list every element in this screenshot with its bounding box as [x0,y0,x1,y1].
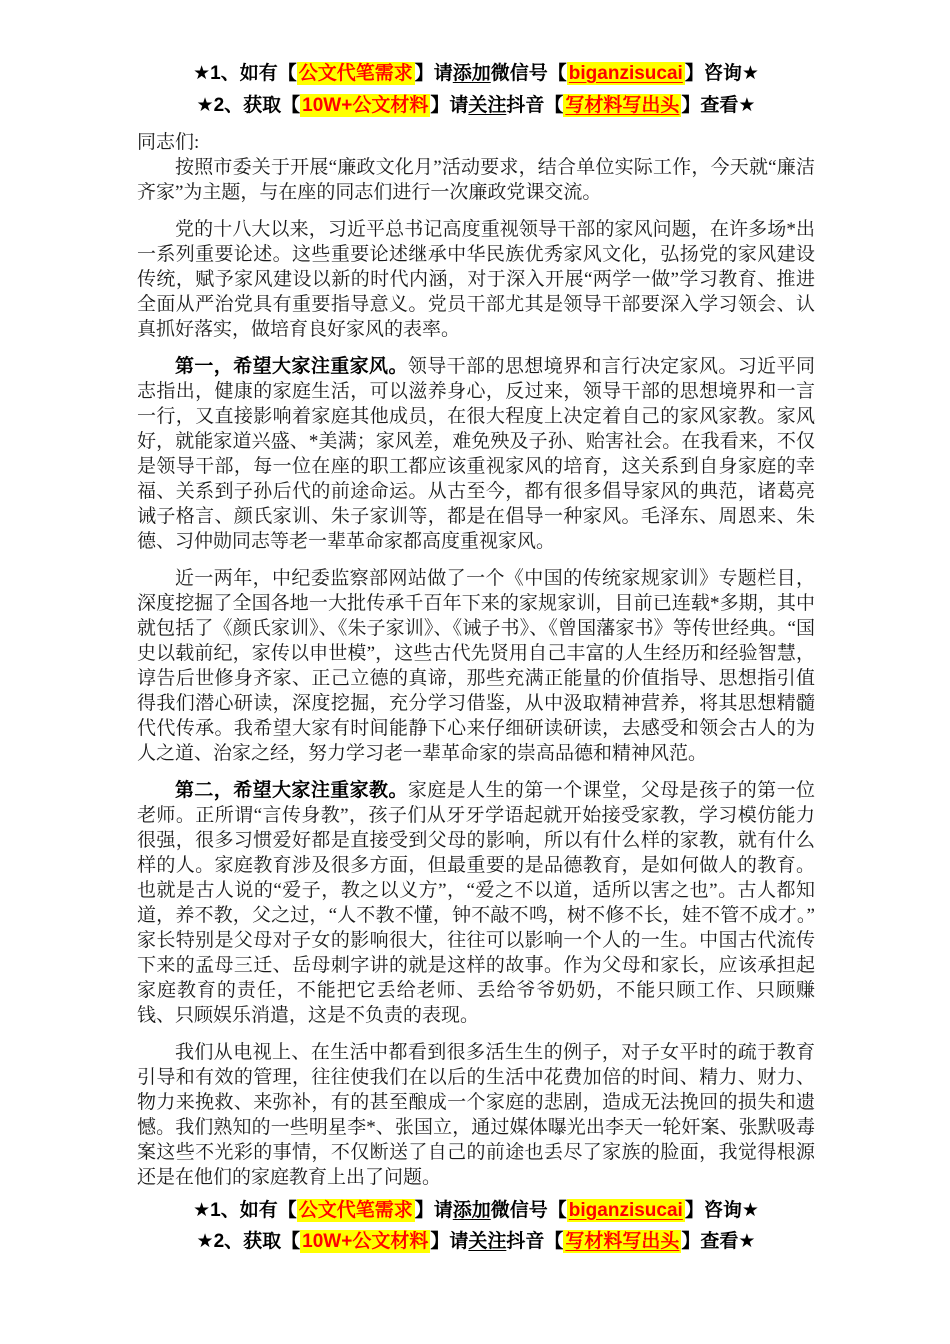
banner1-highlight-service: 公文代笔需求 [297,62,415,85]
paragraph-text: 我们从电视上、在生活中都看到很多活生生的例子，对子女平时的疏于教育引导和有效的管… [137,1042,815,1188]
banner1-suffix: 】咨询★ [685,1200,759,1221]
salutation: 同志们: [137,130,815,155]
banner2-underline-follow: 关注 [468,1231,506,1252]
paragraph-family-rules: 近一两年，中纪委监察部网站做了一个《中国的传统家规家训》专题栏目，深度挖掘了全国… [137,566,815,766]
banner1-highlight-wechat-id: biganzisucai [567,1199,685,1222]
banner1-prefix: ★1、如有【 [193,1200,297,1221]
header-banner-line-1: ★1、如有【公文代笔需求】请添加微信号【biganzisucai】咨询★ [137,58,815,90]
banner2-mid1: 】请 [430,95,468,116]
banner1-mid2: 微信号【 [491,1200,567,1221]
banner1-highlight-service: 公文代笔需求 [297,1199,415,1222]
paragraph-examples: 我们从电视上、在生活中都看到很多活生生的例子，对子女平时的疏于教育引导和有效的管… [137,1040,815,1190]
banner2-mid2: 抖音【 [506,1231,563,1252]
header-banner: ★1、如有【公文代笔需求】请添加微信号【biganzisucai】咨询★ ★2、… [137,58,815,122]
banner2-suffix: 】查看★ [681,1231,755,1252]
paragraph-text: 近一两年，中纪委监察部网站做了一个《中国的传统家规家训》专题栏目，深度挖掘了全国… [137,568,815,764]
paragraph-text: 家庭是人生的第一个课堂，父母是孩子的第一位老师。正所谓“言传身教”，孩子们从牙牙… [137,780,815,1026]
banner2-mid1: 】请 [430,1231,468,1252]
paragraph-text: 按照市委关于开展“廉政文化月”活动要求，结合单位实际工作，今天就“廉洁齐家”为主… [137,157,815,203]
footer-banner: ★1、如有【公文代笔需求】请添加微信号【biganzisucai】咨询★ ★2、… [137,1195,815,1257]
footer-banner-line-2: ★2、获取【10W+公文材料】请关注抖音【写材料写出头】查看★ [137,1226,815,1257]
banner2-highlight-douyin-id: 写材料写出头 [563,94,681,117]
paragraph-text: 领导干部的思想境界和言行决定家风。习近平同志指出，健康的家庭生活，可以滋养身心，… [137,356,815,552]
paragraph-point-1-family-tradition: 第一，希望大家注重家风。领导干部的思想境界和言行决定家风。习近平同志指出，健康的… [137,354,815,554]
banner1-underline-add: 添加 [453,63,491,84]
paragraph-text: 党的十八大以来，习近平总书记高度重视领导干部的家风问题，在许多场*出一系列重要论… [137,219,815,340]
banner2-suffix: 】查看★ [681,95,755,116]
paragraph-intro: 按照市委关于开展“廉政文化月”活动要求，结合单位实际工作，今天就“廉洁齐家”为主… [137,155,815,205]
banner2-highlight-materials: 10W+公文材料 [300,1230,430,1253]
banner1-underline-add: 添加 [453,1200,491,1221]
header-banner-line-2: ★2、获取【10W+公文材料】请关注抖音【写材料写出头】查看★ [137,90,815,122]
banner2-underline-follow: 关注 [468,95,506,116]
banner1-highlight-wechat-id: biganzisucai [567,62,685,85]
banner1-prefix: ★1、如有【 [193,63,297,84]
banner2-highlight-douyin-id: 写材料写出头 [563,1230,681,1253]
banner2-prefix: ★2、获取【 [197,95,301,116]
banner1-mid1: 】请 [415,63,453,84]
document-page: ★1、如有【公文代笔需求】请添加微信号【biganzisucai】咨询★ ★2、… [0,0,950,1344]
banner1-mid1: 】请 [415,1200,453,1221]
banner1-mid2: 微信号【 [491,63,567,84]
footer-banner-line-1: ★1、如有【公文代笔需求】请添加微信号【biganzisucai】咨询★ [137,1195,815,1226]
banner2-highlight-materials: 10W+公文材料 [300,94,430,117]
paragraph-lead-bold: 第二，希望大家注重家教。 [175,780,408,801]
banner2-prefix: ★2、获取【 [197,1231,301,1252]
paragraph-lead-bold: 第一，希望大家注重家风。 [175,356,408,377]
banner1-suffix: 】咨询★ [685,63,759,84]
banner2-mid2: 抖音【 [506,95,563,116]
paragraph-background: 党的十八大以来，习近平总书记高度重视领导干部的家风问题，在许多场*出一系列重要论… [137,217,815,342]
paragraph-point-2-family-education: 第二，希望大家注重家教。家庭是人生的第一个课堂，父母是孩子的第一位老师。正所谓“… [137,778,815,1028]
